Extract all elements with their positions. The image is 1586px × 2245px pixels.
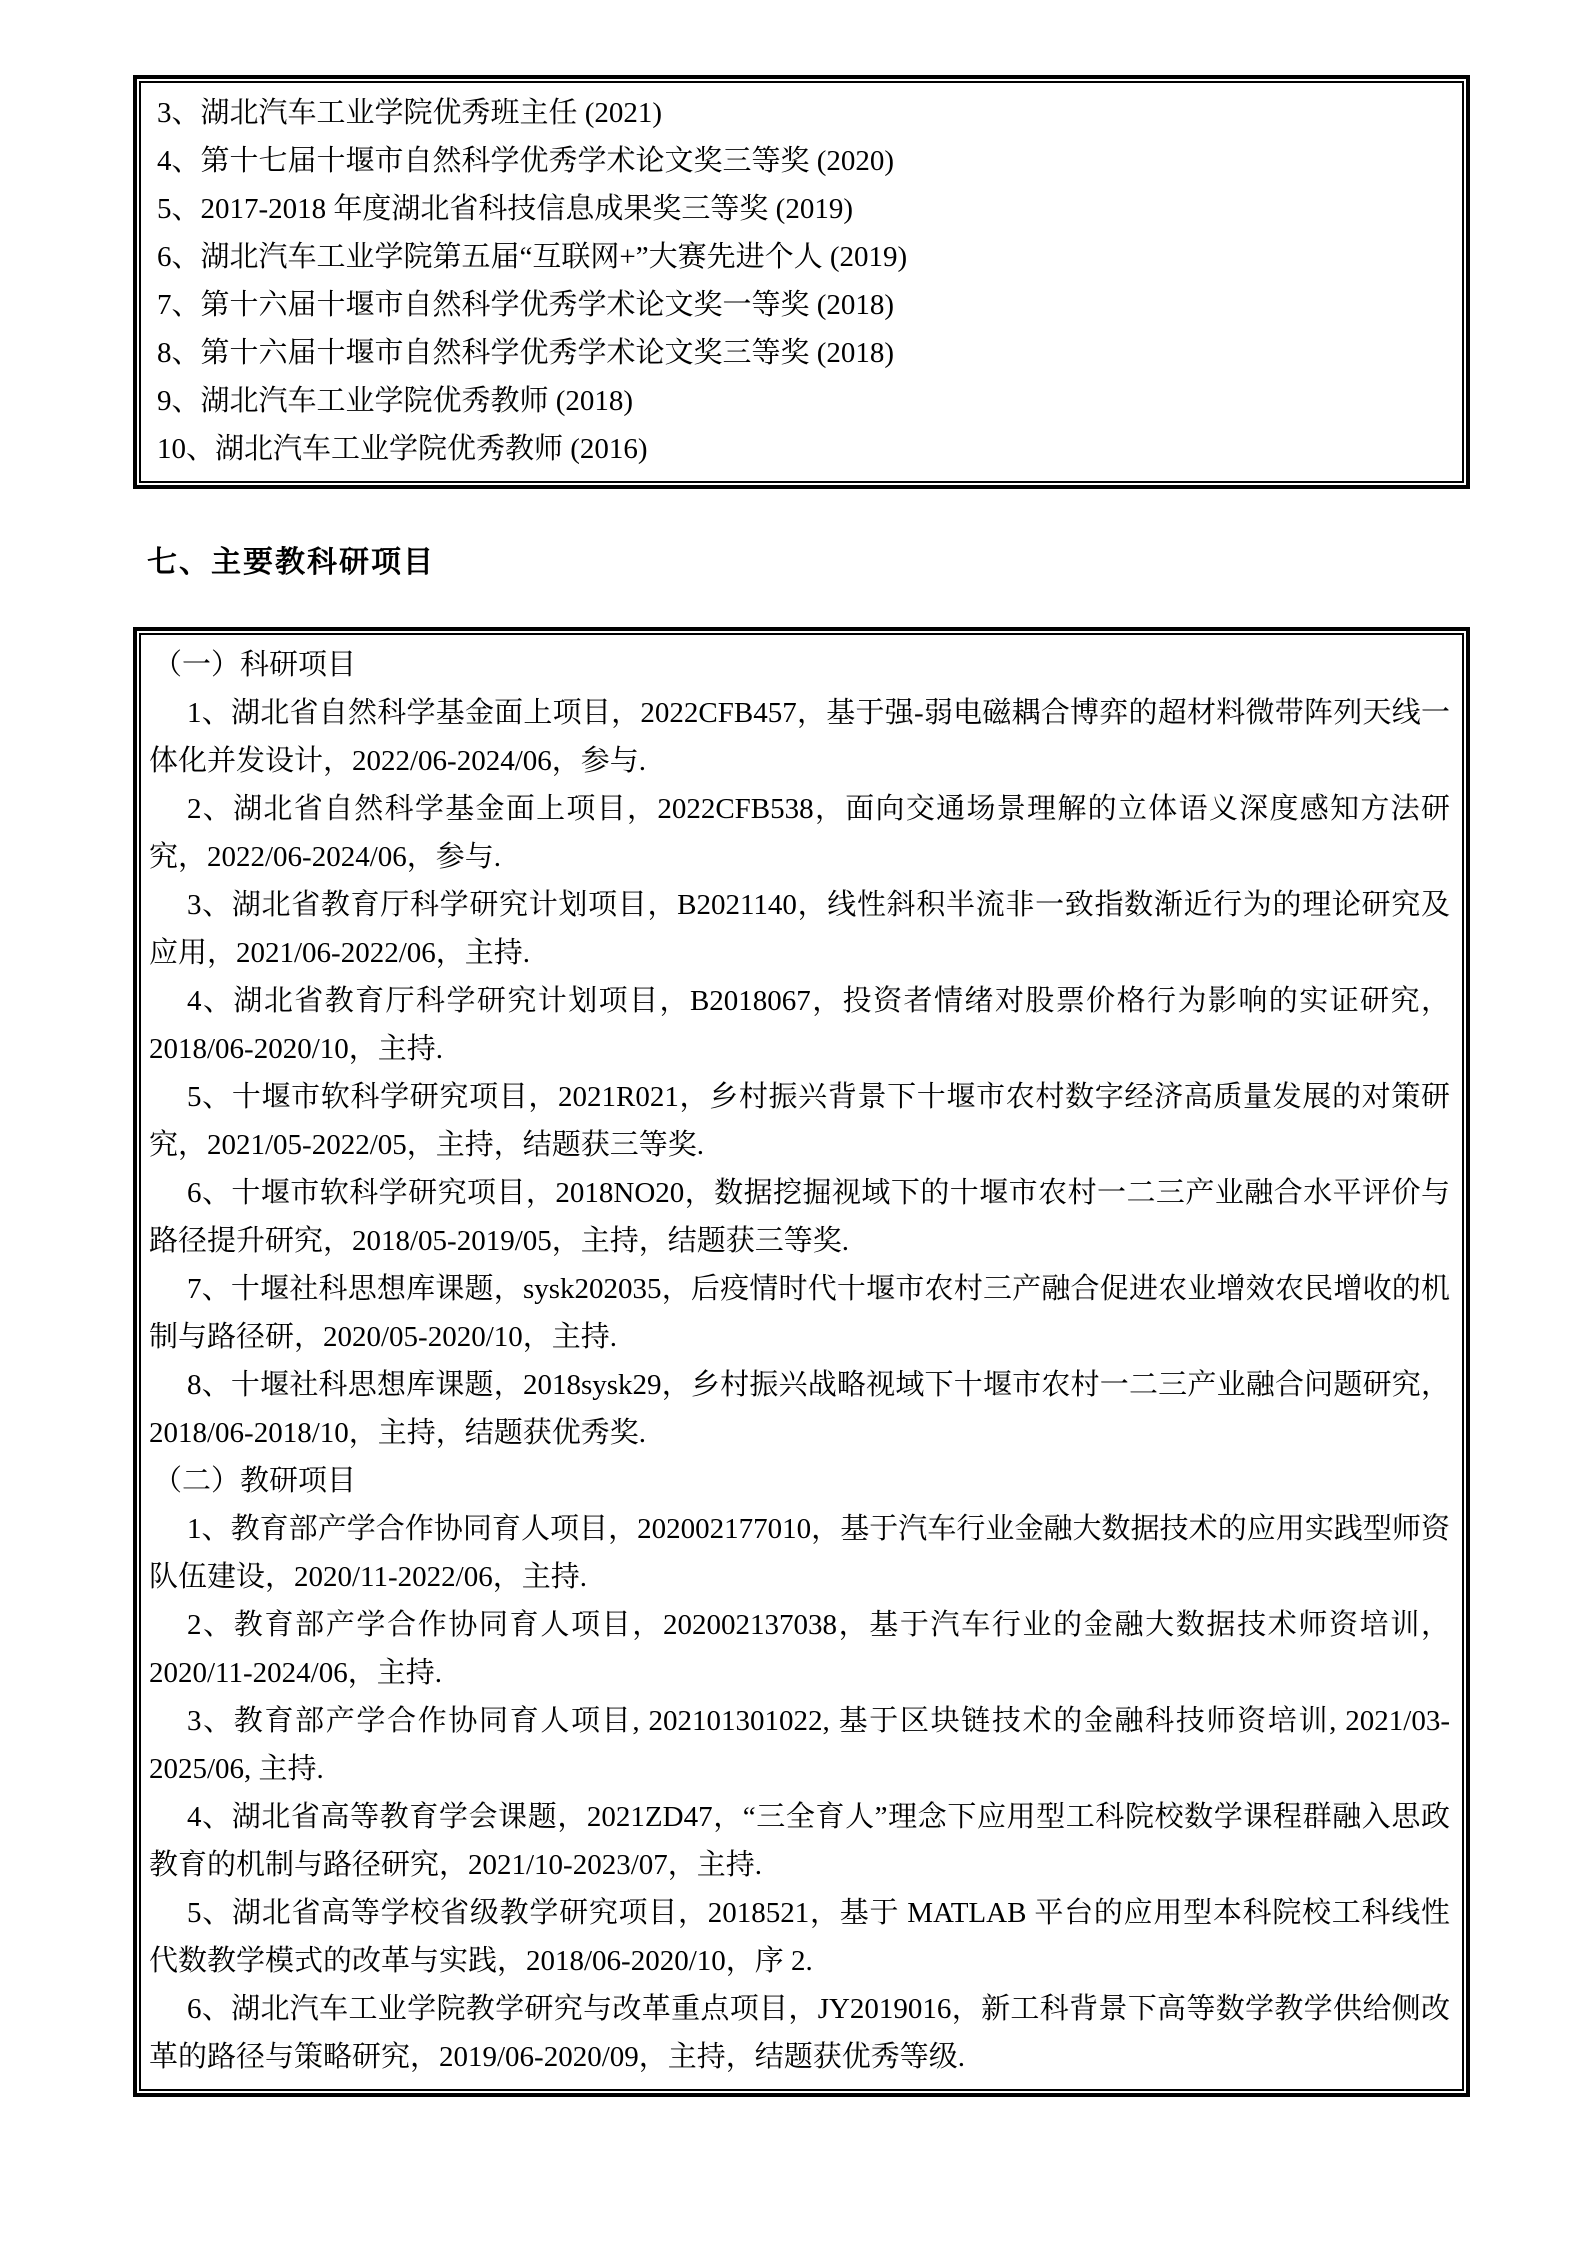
- award-item: 4、第十七届十堰市自然科学优秀学术论文奖三等奖 (2020): [149, 137, 1450, 185]
- research-project-item: 8、十堰社科思想库课题，2018sysk29，乡村振兴战略视域下十堰市农村一二三…: [149, 1361, 1450, 1457]
- projects-box: （一）科研项目 1、湖北省自然科学基金面上项目，2022CFB457，基于强-弱…: [133, 627, 1470, 2097]
- award-item: 7、第十六届十堰市自然科学优秀学术论文奖一等奖 (2018): [149, 281, 1450, 329]
- research-project-item: 1、湖北省自然科学基金面上项目，2022CFB457，基于强-弱电磁耦合博弈的超…: [149, 689, 1450, 785]
- research-project-item: 5、十堰市软科学研究项目，2021R021，乡村振兴背景下十堰市农村数字经济高质…: [149, 1073, 1450, 1169]
- teaching-project-item: 1、教育部产学合作协同育人项目，202002177010，基于汽车行业金融大数据…: [149, 1505, 1450, 1601]
- research-project-item: 4、湖北省教育厅科学研究计划项目，B2018067，投资者情绪对股票价格行为影响…: [149, 977, 1450, 1073]
- awards-box: 3、湖北汽车工业学院优秀班主任 (2021) 4、第十七届十堰市自然科学优秀学术…: [133, 75, 1470, 489]
- teaching-project-item: 4、湖北省高等教育学会课题，2021ZD47，“三全育人”理念下应用型工科院校数…: [149, 1793, 1450, 1889]
- award-item: 8、第十六届十堰市自然科学优秀学术论文奖三等奖 (2018): [149, 329, 1450, 377]
- section-heading: 七、主要教科研项目: [147, 543, 1471, 583]
- award-item: 6、湖北汽车工业学院第五届“互联网+”大赛先进个人 (2019): [149, 233, 1450, 281]
- awards-list: 3、湖北汽车工业学院优秀班主任 (2021) 4、第十七届十堰市自然科学优秀学术…: [149, 89, 1450, 473]
- research-project-item: 7、十堰社科思想库课题，sysk202035，后疫情时代十堰市农村三产融合促进农…: [149, 1265, 1450, 1361]
- teaching-project-item: 5、湖北省高等学校省级教学研究项目，2018521，基于 MATLAB 平台的应…: [149, 1889, 1450, 1985]
- teaching-project-item: 6、湖北汽车工业学院教学研究与改革重点项目，JY2019016，新工科背景下高等…: [149, 1985, 1450, 2081]
- research-project-list: 1、湖北省自然科学基金面上项目，2022CFB457，基于强-弱电磁耦合博弈的超…: [149, 689, 1450, 1457]
- research-project-item: 6、十堰市软科学研究项目，2018NO20，数据挖掘视域下的十堰市农村一二三产业…: [149, 1169, 1450, 1265]
- teaching-project-item: 3、教育部产学合作协同育人项目, 202101301022, 基于区块链技术的金…: [149, 1697, 1450, 1793]
- award-item: 3、湖北汽车工业学院优秀班主任 (2021): [149, 89, 1450, 137]
- award-item: 10、湖北汽车工业学院优秀教师 (2016): [149, 425, 1450, 473]
- teaching-subsection-header: （二）教研项目: [149, 1457, 1450, 1505]
- research-project-item: 2、湖北省自然科学基金面上项目，2022CFB538，面向交通场景理解的立体语义…: [149, 785, 1450, 881]
- research-project-item: 3、湖北省教育厅科学研究计划项目，B2021140，线性斜积半流非一致指数渐近行…: [149, 881, 1450, 977]
- award-item: 5、2017-2018 年度湖北省科技信息成果奖三等奖 (2019): [149, 185, 1450, 233]
- awards-box-inner: 3、湖北汽车工业学院优秀班主任 (2021) 4、第十七届十堰市自然科学优秀学术…: [139, 81, 1464, 483]
- research-subsection-header: （一）科研项目: [149, 641, 1450, 689]
- document-page: 3、湖北汽车工业学院优秀班主任 (2021) 4、第十七届十堰市自然科学优秀学术…: [0, 0, 1586, 2245]
- teaching-project-item: 2、教育部产学合作协同育人项目，202002137038，基于汽车行业的金融大数…: [149, 1601, 1450, 1697]
- projects-box-inner: （一）科研项目 1、湖北省自然科学基金面上项目，2022CFB457，基于强-弱…: [139, 633, 1464, 2091]
- teaching-project-list: 1、教育部产学合作协同育人项目，202002177010，基于汽车行业金融大数据…: [149, 1505, 1450, 2081]
- award-item: 9、湖北汽车工业学院优秀教师 (2018): [149, 377, 1450, 425]
